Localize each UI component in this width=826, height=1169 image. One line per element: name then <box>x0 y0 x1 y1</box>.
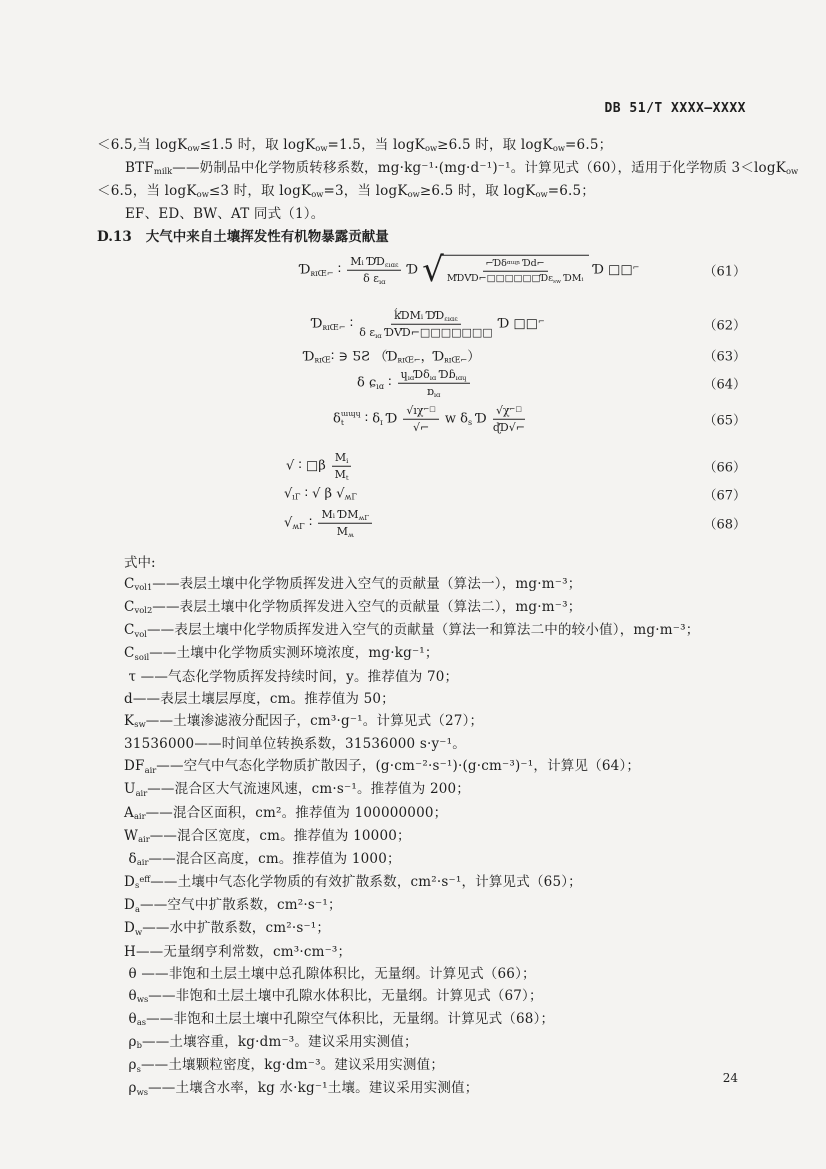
definition-symbol: U <box>124 781 136 797</box>
subscript: ıɑ <box>434 390 441 398</box>
definition-text: ——空气中扩散系数，cm²·s⁻¹； <box>140 897 342 913</box>
subscript: ʍΓ <box>359 514 370 522</box>
formula-token: ——奶制品中化学物质转移系数，mg·kg⁻¹·(mg·d⁻¹)⁻¹。计算见式（6… <box>172 160 775 176</box>
fraction-denominator: √⌐ <box>413 420 429 435</box>
definition-symbol: A <box>124 805 134 821</box>
definition-symbol: C <box>124 599 135 615</box>
definition-symbol: τ <box>124 669 141 685</box>
definition-symbol: θ <box>124 966 141 982</box>
definition-item: Cvol2——表层土壤中化学物质挥发进入空气的贡献量（算法二），mg·m⁻³； <box>124 596 776 619</box>
definition-item: Cvol1——表层土壤中化学物质挥发进入空气的贡献量（算法一），mg·m⁻³； <box>124 573 776 596</box>
formula-token: =1.5，当 log <box>328 137 415 153</box>
formula-token: √χ <box>496 404 510 417</box>
subscript: ʍΓ <box>344 493 356 502</box>
subscript: s <box>468 418 472 427</box>
definition-symbol: θ <box>124 988 137 1004</box>
definition-text: ——表层土壤中化学物质挥发进入空气的贡献量（算法二），mg·m⁻³； <box>152 599 581 615</box>
formula-row: √ıΓ ∶ √ β √ʍΓ（67） <box>0 484 826 504</box>
radical: √⌐Ɗδɑɯɲ Ɗd⌐MƊVƊ⌐□□□□□□Ɗεsw ƊMᵢ <box>422 255 589 285</box>
definition-item: 31536000——时间单位转换系数，31536000 s·y⁻¹。 <box>124 733 776 755</box>
subscript: air <box>138 834 150 844</box>
definition-text: ——土壤含水率，kg 水·kg⁻¹土壤。建议采用实测值； <box>148 1080 478 1096</box>
formula-content: ƊʀɪŒ⌐ ∶ Mᵢ ƊƊεıɑɛδ εıɑ Ɗ √⌐Ɗδɑɯɲ Ɗd⌐MƊVƊ… <box>300 255 639 286</box>
formula-token: δ ɕ <box>357 376 376 391</box>
subscript: s <box>137 1064 141 1074</box>
equation-number: （68） <box>703 514 746 533</box>
section-number: D.13 <box>97 229 132 245</box>
definition-item: ρs——土壤颗粒密度，kg·dm⁻³。建议采用实测值； <box>124 1054 776 1077</box>
definition-item: θas——非饱和土层土壤中孔隙空气体积比，无量纲。计算见式（68）； <box>124 1008 776 1031</box>
definition-text: ——表层土壤中化学物质挥发进入空气的贡献量（算法一和算法二中的较小值），mg·m… <box>147 622 699 638</box>
superscript: ⌐ <box>538 317 545 326</box>
fraction: ⌐Ɗδɑɯɲ Ɗd⌐MƊVƊ⌐□□□□□□Ɗεsw ƊMᵢ <box>447 258 584 285</box>
fraction-denominator: δ εıɑ <box>363 271 385 286</box>
formula-token: ＜6.5,当 log <box>97 137 177 153</box>
formula-token: ∶ √ β <box>300 487 336 502</box>
formula-where-label: 式中: <box>124 551 156 571</box>
subscript: air <box>145 765 157 775</box>
definition-text: ——混合区宽度，cm。推荐值为 10000； <box>150 828 411 844</box>
superscript: eff <box>139 874 150 884</box>
equation-number: （64） <box>703 374 746 393</box>
fraction: ɥıɑƊδıɑ Ɗɓıɑɥɒıɑ <box>398 368 470 399</box>
fraction-denominator: Mʍ <box>337 524 354 539</box>
formula-token: M <box>337 525 348 538</box>
formula-token: Mᵢ ƊƊ <box>350 255 385 268</box>
formula-token: Ɗ <box>387 350 397 365</box>
definition-text: ——混合区面积，cm²。推荐值为 100000000； <box>146 805 448 821</box>
subscript: εıɑɛ <box>444 315 458 323</box>
definition-text: ——时间单位转换系数，31536000 s·y⁻¹。 <box>194 736 466 752</box>
formula-row: ƊʀɪŒ∶ ∋ ƼƧ （ƊʀɪŒ⌐，ƊʀɪŒ⌐）（63） <box>0 344 826 366</box>
subscript: ıɑ <box>408 374 415 382</box>
definition-item: H——无量纲亨利常数，cm³·cm⁻³； <box>124 941 776 963</box>
subscript: ʀɪŒ⌐ <box>398 356 421 365</box>
formula-token: ƊMᵢ <box>561 273 583 284</box>
definition-text: ——空气中气态化学物质扩散因子，(g·cm⁻²·s⁻¹)·(g·cm⁻³)⁻¹，… <box>156 758 640 774</box>
formula-token: K <box>525 183 535 199</box>
fraction: ḱƊMᵢ ƊƊεıɑɛδ εıɑ ƊVƊ⌐□□□□□□□ <box>359 309 492 340</box>
definition-text: ——表层土壤层厚度，cm。推荐值为 50； <box>133 691 395 707</box>
formula-token: ⌐Ɗδ <box>486 258 507 269</box>
superscript: ⌐ <box>633 263 640 272</box>
definition-text: ——土壤颗粒密度，kg·dm⁻³。建议采用实测值； <box>141 1057 444 1073</box>
formula-token: √⌐ <box>413 421 429 434</box>
subscript: air <box>136 788 148 798</box>
formula-token: δ <box>372 412 380 427</box>
subscript: milk <box>154 166 172 176</box>
subscript: ɪ <box>380 418 383 427</box>
subscript: ow <box>197 189 209 199</box>
definition-text: ——土壤容重，kg·dm⁻³。建议采用实测值； <box>142 1034 418 1050</box>
formula-content: ƊʀɪŒ∶ ∋ ƼƧ （ƊʀɪŒ⌐，ƊʀɪŒ⌐） <box>304 346 480 365</box>
formula-token: ≥6.5 时，取 log <box>437 137 542 153</box>
formula-token: ， <box>421 350 434 365</box>
formula-content: δɯɰɥt ∶ δɪ Ɗ √ıχ⌐□√⌐ w δs Ɗ √χ⌐□ɖƊ√⌐ <box>333 404 527 435</box>
subscript: ʀɪŒ⌐ <box>310 269 333 278</box>
definition-item: Cvol——表层土壤中化学物质挥发进入空气的贡献量（算法一和算法二中的较小值），… <box>124 619 776 642</box>
subscript: ow <box>187 143 199 153</box>
subscript: ow <box>535 189 547 199</box>
formula-token: w <box>441 412 460 427</box>
formula-token: √ <box>284 487 292 502</box>
formula-token: K <box>776 160 786 176</box>
body-text-line-1: ＜6.5,当 logKow≤1.5 时，取 logKow=1.5，当 logKo… <box>97 133 612 153</box>
formula-token: Ɗ <box>434 350 444 365</box>
formula-token: ） <box>467 350 480 365</box>
formula-token: δ <box>460 412 468 427</box>
subscript: ws <box>137 994 148 1004</box>
subscript: ow <box>786 166 798 176</box>
formula-token: ≤3 时，取 log <box>209 183 301 199</box>
doc-code: DB 51/T XXXX—XXXX <box>604 101 746 116</box>
formula-token: =3，当 log <box>323 183 397 199</box>
formula-token: ƊVƊ⌐□□□□□□□ <box>382 326 493 339</box>
subscript: ʍ <box>348 530 354 538</box>
formula-token: Ɗ <box>312 317 322 332</box>
formula-token: ∶ <box>384 376 396 391</box>
radical-content: ⌐Ɗδɑɯɲ Ɗd⌐MƊVƊ⌐□□□□□□Ɗεsw ƊMᵢ <box>441 255 590 285</box>
superscript: ɯɰɥ <box>341 410 361 419</box>
subscript: a <box>135 904 140 914</box>
fraction-numerator: √χ⌐□ <box>493 404 525 420</box>
definition-symbol: ρ <box>124 1057 137 1073</box>
subscript: ıɑɥ <box>456 374 467 382</box>
definition-item: ρws——土壤含水率，kg 水·kg⁻¹土壤。建议采用实测值； <box>124 1077 776 1100</box>
definition-item: θws——非饱和土层土壤中孔隙水体积比，无量纲。计算见式（67）； <box>124 985 776 1008</box>
formula-token: Ɗ □□ <box>495 317 538 332</box>
definition-symbol: D <box>124 874 135 890</box>
superscript: ɑɯɲ <box>507 259 520 265</box>
subscript: t <box>341 419 361 428</box>
formula-token: Ɗ □□ <box>589 263 632 278</box>
definition-text: ——土壤中气态化学物质的有效扩散系数，cm²·s⁻¹，计算见式（65）； <box>150 874 582 890</box>
formula-token: ∶ <box>305 516 317 531</box>
fraction-numerator: ḱƊMᵢ ƊƊεıɑɛ <box>391 309 461 325</box>
definition-symbol: K <box>124 713 134 729</box>
definition-symbol: W <box>124 828 138 844</box>
page-number: 24 <box>723 1071 738 1085</box>
subscript: b <box>137 1040 142 1050</box>
formula-token: δ <box>333 412 341 427</box>
subscript: air <box>137 857 149 867</box>
definition-item: DFair——空气中气态化学物质扩散因子，(g·cm⁻²·s⁻¹)·(g·cm⁻… <box>124 755 776 778</box>
body-text-line-2: BTFmilk——奶制品中化学物质转移系数，mg·kg⁻¹·(mg·d⁻¹)⁻¹… <box>125 156 798 176</box>
subscript: ow <box>425 143 437 153</box>
formula-token: Ɗ <box>472 412 491 427</box>
fraction-denominator: δ εıɑ ƊVƊ⌐□□□□□□□ <box>359 325 492 340</box>
formula-token: Ɗ <box>300 263 310 278</box>
formula-token: δ ε <box>359 326 375 339</box>
fraction: Mᵢ ƊƊεıɑɛδ εıɑ <box>347 255 401 286</box>
subscript: ıɑ <box>379 277 386 285</box>
definition-text: ——表层土壤中化学物质挥发进入空气的贡献量（算法一），mg·m⁻³； <box>152 576 581 592</box>
formula-token: ≤1.5 时，取 log <box>200 137 305 153</box>
formula-token: K <box>397 183 407 199</box>
formula-token: √ ∶ □β <box>286 459 330 474</box>
equation-number: （63） <box>703 346 746 365</box>
formula-token: δ ε <box>363 272 379 285</box>
formula-token: ɒ <box>427 385 434 398</box>
equation-number: （65） <box>703 410 746 429</box>
definition-item: δair——混合区高度，cm。推荐值为 1000； <box>124 848 776 871</box>
equation-number: （62） <box>703 315 746 334</box>
subscript: εıɑɛ <box>385 261 399 269</box>
superscript: ⌐□ <box>424 405 436 413</box>
section-heading: D.13大气中来自土壤挥发性有机物暴露贡献量 <box>97 225 389 245</box>
subscript: ʀɪŒ <box>314 356 330 365</box>
fraction: MiMt <box>332 451 351 482</box>
subscript: ws <box>137 1087 148 1097</box>
body-text-line-3: ＜6.5，当 logKow≤3 时，取 logKow=3，当 logKow≥6.… <box>97 179 595 199</box>
formula-token: K <box>305 137 315 153</box>
definition-symbol: C <box>124 576 135 592</box>
formula-content: ƊʀɪŒ⌐ ∶ ḱƊMᵢ ƊƊεıɑɛδ εıɑ ƊVƊ⌐□□□□□□□ Ɗ □… <box>312 309 545 340</box>
definition-item: Uair——混合区大气流速风速，cm·s⁻¹。推荐值为 200； <box>124 778 776 801</box>
definition-text: ——无量纲亨利常数，cm³·cm⁻³； <box>136 944 351 960</box>
formula-token: =6.5； <box>565 137 612 153</box>
formula-token: Ɗ <box>383 412 402 427</box>
subscript: sw <box>134 719 145 729</box>
fraction-denominator: ɖƊ√⌐ <box>493 420 525 435</box>
subscript: t <box>346 473 349 481</box>
formula-content: √ʍΓ ∶ Mᵢ ƊMʍΓMʍ <box>284 508 374 539</box>
formula-token: ∶ <box>361 412 373 427</box>
formula-content: δ ɕıɑ ∶ ɥıɑƊδıɑ Ɗɓıɑɥɒıɑ <box>357 368 472 399</box>
definition-text: ——气态化学物质挥发持续时间，y。推荐值为 70； <box>141 669 459 685</box>
formula-token: ∶ ∋ ƼƧ （ <box>331 350 387 365</box>
definition-item: τ ——气态化学物质挥发持续时间，y。推荐值为 70； <box>124 666 776 688</box>
formula-row: ƊʀɪŒ⌐ ∶ ḱƊMᵢ ƊƊεıɑɛδ εıɑ ƊVƊ⌐□□□□□□□ Ɗ □… <box>0 300 826 348</box>
definition-item: Da——空气中扩散系数，cm²·s⁻¹； <box>124 894 776 917</box>
formula-token: Ɗd⌐ <box>520 258 545 269</box>
definition-text: ——非饱和土层土壤中总孔隙体积比，无量纲。计算见式（66）； <box>141 966 535 982</box>
subscript: ʀɪŒ⌐ <box>444 356 467 365</box>
formula-token: K <box>301 183 311 199</box>
fraction-denominator: Mt <box>335 467 349 482</box>
subscript: vol <box>135 629 147 639</box>
definition-symbol: D <box>124 897 135 913</box>
subscript: ıɑ <box>430 374 437 382</box>
formula-token: K <box>415 137 425 153</box>
formula-row: √ ∶ □β MiMt（66） <box>0 449 826 483</box>
definition-symbol: C <box>124 622 135 638</box>
definition-text: ——混合区大气流速风速，cm·s⁻¹。推荐值为 200； <box>147 781 470 797</box>
definition-symbol: D <box>124 920 135 936</box>
definition-symbol: C <box>124 645 135 661</box>
formula-token: ∶ <box>334 263 346 278</box>
formula-token: K <box>186 183 196 199</box>
formula-token: Ɗ <box>403 263 422 278</box>
definition-item: d——表层土壤层厚度，cm。推荐值为 50； <box>124 688 776 710</box>
formula-token: ＜6.5，当 log <box>97 183 186 199</box>
subscript: ow <box>408 189 420 199</box>
subscript: ʍΓ <box>292 522 304 531</box>
definition-text: ——水中扩散系数，cm²·s⁻¹； <box>142 920 330 936</box>
superscript: ⌐□ <box>510 405 522 413</box>
formula-token: Mᵢ ƊM <box>321 508 358 521</box>
formula-token: M <box>335 468 346 481</box>
definition-text: ——土壤渗滤液分配因子，cm³·g⁻¹。计算见式（27）； <box>146 713 483 729</box>
subscript: ow <box>553 143 565 153</box>
definition-item: Dw——水中扩散系数，cm²·s⁻¹； <box>124 917 776 940</box>
formula-token: √ıχ <box>406 404 423 417</box>
subscript: soil <box>135 652 150 662</box>
definition-item: ρb——土壤容重，kg·dm⁻³。建议采用实测值； <box>124 1031 776 1054</box>
formula-row: ƊʀɪŒ⌐ ∶ Mᵢ ƊƊεıɑɛδ εıɑ Ɗ √⌐Ɗδɑɯɲ Ɗd⌐MƊVƊ… <box>0 243 826 297</box>
definition-text: ——非饱和土层土壤中孔隙空气体积比，无量纲。计算见式（68）； <box>146 1011 554 1027</box>
definition-symbol: δ <box>124 851 137 867</box>
formula-token: =6.5； <box>548 183 595 199</box>
formula-token: ḱƊMᵢ ƊƊ <box>394 309 444 322</box>
definitions-list: Cvol1——表层土壤中化学物质挥发进入空气的贡献量（算法一），mg·m⁻³；C… <box>124 573 776 1101</box>
formula-token: √ <box>336 487 344 502</box>
fraction-numerator: Mᵢ ƊMʍΓ <box>318 508 372 524</box>
equation-number: （61） <box>703 261 746 280</box>
document-page: { "header": { "doc_code": "DB 51/T XXXX—… <box>0 0 826 1169</box>
formula-row: δ ɕıɑ ∶ ɥıɑƊδıɑ Ɗɓıɑɥɒıɑ（64） <box>0 366 826 400</box>
formula-token: MƊVƊ⌐□□□□□□Ɗε <box>447 273 553 284</box>
subscript: vol1 <box>135 582 153 592</box>
subscript: sw <box>553 279 561 285</box>
subscript: vol2 <box>135 605 153 615</box>
formula-content: √ıΓ ∶ √ β √ʍΓ <box>284 487 357 502</box>
definition-item: Dseff——土壤中气态化学物质的有效扩散系数，cm²·s⁻¹，计算见式（65）… <box>124 871 776 894</box>
section-title: 大气中来自土壤挥发性有机物暴露贡献量 <box>146 229 389 245</box>
body-text-line-4: EF、ED、BW、AT 同式（1）。 <box>125 202 324 222</box>
formula-token: Ɗ <box>304 350 314 365</box>
fraction: Mᵢ ƊMʍΓMʍ <box>318 508 372 539</box>
fraction-numerator: √ıχ⌐□ <box>403 404 438 420</box>
subscript: air <box>134 811 146 821</box>
formula-token: ≥6.5 时，取 log <box>420 183 525 199</box>
fraction-numerator: ⌐Ɗδɑɯɲ Ɗd⌐ <box>483 258 548 272</box>
definition-symbol: ρ <box>124 1080 137 1096</box>
definition-symbol: d <box>124 691 133 707</box>
formula-token: M <box>335 451 346 464</box>
formula-token: Ɗɓ <box>436 368 455 381</box>
radical-sign: √ <box>422 256 444 283</box>
fraction-denominator: MƊVƊ⌐□□□□□□Ɗεsw ƊMᵢ <box>447 272 584 285</box>
definition-item: Aair——混合区面积，cm²。推荐值为 100000000； <box>124 802 776 825</box>
definition-symbol: θ <box>124 1011 137 1027</box>
definition-text: ——非饱和土层土壤中孔隙水体积比，无量纲。计算见式（67）； <box>148 988 542 1004</box>
subscript: i <box>346 457 348 465</box>
fraction-numerator: Mᵢ ƊƊεıɑɛ <box>347 255 401 271</box>
subscript: as <box>137 1017 146 1027</box>
definition-text: ——混合区高度，cm。推荐值为 1000； <box>148 851 400 867</box>
subscript: ʀɪŒ⌐ <box>322 323 345 332</box>
formula-token: ɖƊ√⌐ <box>493 421 525 434</box>
fraction: √ıχ⌐□√⌐ <box>403 404 438 435</box>
formula-token: ɥ <box>401 368 408 381</box>
definition-text: ——土壤中化学物质实测环境浓度，mg·kg⁻¹； <box>149 645 438 661</box>
definition-symbol: ρ <box>124 1034 137 1050</box>
fraction-denominator: ɒıɑ <box>427 384 441 399</box>
definition-item: Csoil——土壤中化学物质实测环境浓度，mg·kg⁻¹； <box>124 642 776 665</box>
definition-symbol: H <box>124 944 136 960</box>
subscript: ıΓ <box>292 493 300 502</box>
formula-token: Ɗδ <box>414 368 429 381</box>
definition-item: θ ——非饱和土层土壤中总孔隙体积比，无量纲。计算见式（66）； <box>124 963 776 985</box>
formula-token: √ <box>284 516 292 531</box>
formula-token: EF、ED、BW、AT 同式（1）。 <box>125 206 324 222</box>
subscript: ow <box>315 143 327 153</box>
formula-token: K <box>177 137 187 153</box>
formula-token: ∶ <box>346 317 358 332</box>
definition-symbol: 31536000 <box>124 736 194 752</box>
formula-token: K <box>543 137 553 153</box>
definition-symbol: DF <box>124 758 145 774</box>
formula-row: δɯɰɥt ∶ δɪ Ɗ √ıχ⌐□√⌐ w δs Ɗ √χ⌐□ɖƊ√⌐（65） <box>0 399 826 439</box>
formula-row: √ʍΓ ∶ Mᵢ ƊMʍΓMʍ（68） <box>0 505 826 541</box>
fraction-numerator: ɥıɑƊδıɑ Ɗɓıɑɥ <box>398 368 470 384</box>
definition-item: Wair——混合区宽度，cm。推荐值为 10000； <box>124 825 776 848</box>
formula-content: √ ∶ □β MiMt <box>286 451 353 482</box>
fraction-numerator: Mi <box>332 451 351 467</box>
subscript: ıɑ <box>376 382 384 391</box>
subscript: ow <box>311 189 323 199</box>
subscript: w <box>135 927 142 937</box>
equation-number: （67） <box>703 485 746 504</box>
fraction: √χ⌐□ɖƊ√⌐ <box>493 404 525 435</box>
sub-sup-stack: ɯɰɥt <box>341 410 361 428</box>
subscript: ıɑ <box>375 331 382 339</box>
equation-number: （66） <box>703 457 746 476</box>
definition-item: Ksw——土壤渗滤液分配因子，cm³·g⁻¹。计算见式（27）； <box>124 710 776 733</box>
formula-token: BTF <box>125 160 154 176</box>
